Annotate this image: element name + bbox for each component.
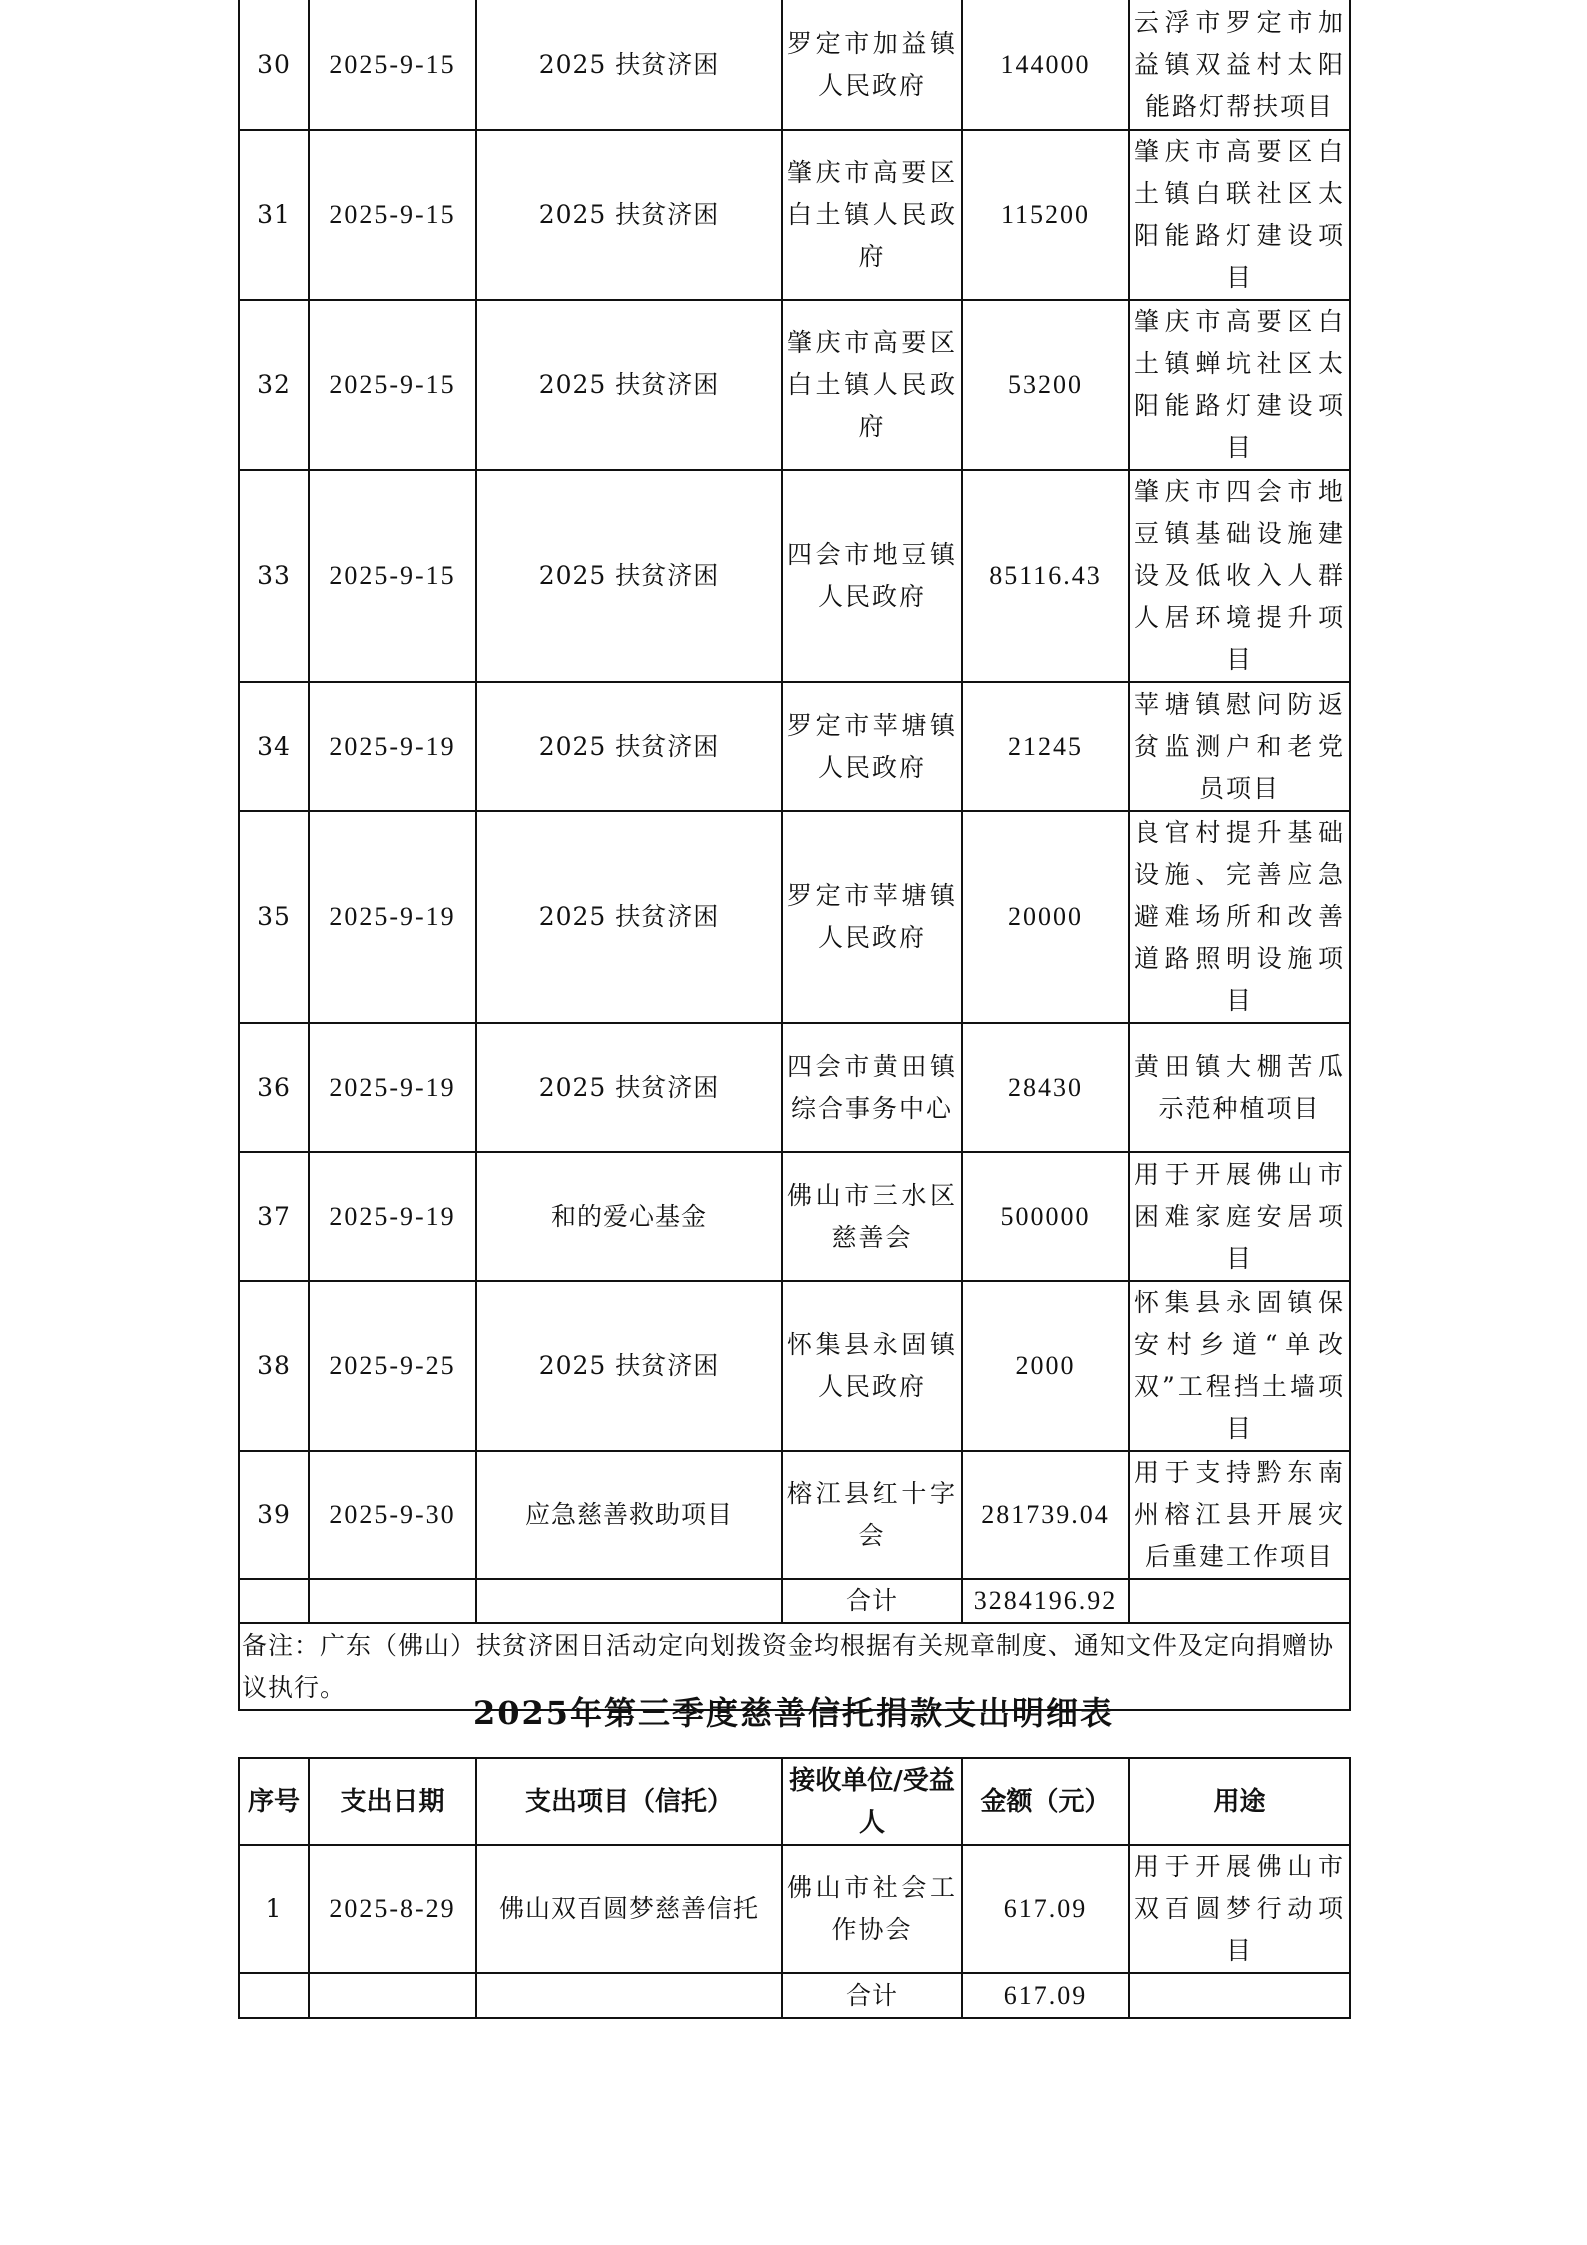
row-purpose: 肇庆市四会市地豆镇基础设施建设及低收入人群人居环境提升项目: [1129, 470, 1350, 682]
table-row: 36 2025-9-19 2025 扶贫济困 四会市黄田镇综合事务中心 2843…: [239, 1023, 1350, 1152]
table-row: 35 2025-9-19 2025 扶贫济困 罗定市苹塘镇人民政府 20000 …: [239, 811, 1350, 1023]
row-amount: 21245: [962, 682, 1129, 811]
row-no: 30: [239, 0, 309, 130]
header-amount: 金额（元）: [962, 1758, 1129, 1845]
table-row: 33 2025-9-15 2025 扶贫济困 四会市地豆镇人民政府 85116.…: [239, 470, 1350, 682]
row-purpose: 苹塘镇慰问防返贫监测户和老党员项目: [1129, 682, 1350, 811]
row-project: 2025 扶贫济困: [476, 1281, 782, 1451]
table-row: 37 2025-9-19 和的爱心基金 佛山市三水区慈善会 500000 用于开…: [239, 1152, 1350, 1281]
row-recipient: 怀集县永固镇人民政府: [782, 1281, 962, 1451]
row-date: 2025-9-15: [309, 470, 476, 682]
table-row: 34 2025-9-19 2025 扶贫济困 罗定市苹塘镇人民政府 21245 …: [239, 682, 1350, 811]
row-date: 2025-9-15: [309, 300, 476, 470]
table-row: 38 2025-9-25 2025 扶贫济困 怀集县永固镇人民政府 2000 怀…: [239, 1281, 1350, 1451]
row-purpose: 良官村提升基础设施、完善应急避难场所和改善道路照明设施项目: [1129, 811, 1350, 1023]
row-amount: 20000: [962, 811, 1129, 1023]
row-project: 2025 扶贫济困: [476, 1023, 782, 1152]
row-purpose: 云浮市罗定市加益镇双益村太阳能路灯帮扶项目: [1129, 0, 1350, 130]
row-no: 39: [239, 1451, 309, 1579]
row-recipient: 四会市地豆镇人民政府: [782, 470, 962, 682]
row-project: 2025 扶贫济困: [476, 682, 782, 811]
header-date: 支出日期: [309, 1758, 476, 1845]
header-recipient: 接收单位/受益人: [782, 1758, 962, 1845]
row-no: 37: [239, 1152, 309, 1281]
trust-table-title: 2025年第三季度慈善信托捐款支出明细表: [238, 1688, 1349, 1734]
row-amount: 85116.43: [962, 470, 1129, 682]
row-amount: 617.09: [962, 1845, 1129, 1973]
row-purpose: 用于开展佛山市双百圆梦行动项目: [1129, 1845, 1350, 1973]
total-row: 合计 3284196.92: [239, 1579, 1350, 1623]
row-project: 2025 扶贫济困: [476, 0, 782, 130]
total-amount: 617.09: [962, 1973, 1129, 2018]
header-project: 支出项目（信托）: [476, 1758, 782, 1845]
table-row: 30 2025-9-15 2025 扶贫济困 罗定市加益镇人民政府 144000…: [239, 0, 1350, 130]
row-project: 2025 扶贫济困: [476, 300, 782, 470]
row-no: 1: [239, 1845, 309, 1973]
row-date: 2025-9-15: [309, 130, 476, 300]
row-project: 2025 扶贫济困: [476, 811, 782, 1023]
header-row: 序号 支出日期 支出项目（信托） 接收单位/受益人 金额（元） 用途: [239, 1758, 1350, 1845]
row-project: 佛山双百圆梦慈善信托: [476, 1845, 782, 1973]
row-recipient: 肇庆市高要区白土镇人民政府: [782, 130, 962, 300]
row-no: 35: [239, 811, 309, 1023]
row-purpose: 肇庆市高要区白土镇白联社区太阳能路灯建设项目: [1129, 130, 1350, 300]
row-no: 31: [239, 130, 309, 300]
row-recipient: 四会市黄田镇综合事务中心: [782, 1023, 962, 1152]
row-amount: 2000: [962, 1281, 1129, 1451]
row-date: 2025-9-25: [309, 1281, 476, 1451]
table-row: 31 2025-9-15 2025 扶贫济困 肇庆市高要区白土镇人民政府 115…: [239, 130, 1350, 300]
row-no: 34: [239, 682, 309, 811]
row-recipient: 肇庆市高要区白土镇人民政府: [782, 300, 962, 470]
row-date: 2025-8-29: [309, 1845, 476, 1973]
row-amount: 500000: [962, 1152, 1129, 1281]
row-project: 和的爱心基金: [476, 1152, 782, 1281]
table-row: 1 2025-8-29 佛山双百圆梦慈善信托 佛山市社会工作协会 617.09 …: [239, 1845, 1350, 1973]
row-date: 2025-9-19: [309, 1152, 476, 1281]
total-row: 合计 617.09: [239, 1973, 1350, 2018]
row-purpose: 黄田镇大棚苦瓜示范种植项目: [1129, 1023, 1350, 1152]
row-amount: 53200: [962, 300, 1129, 470]
row-date: 2025-9-19: [309, 811, 476, 1023]
total-label: 合计: [782, 1579, 962, 1623]
row-purpose: 用于支持黔东南州榕江县开展灾后重建工作项目: [1129, 1451, 1350, 1579]
row-project: 2025 扶贫济困: [476, 130, 782, 300]
row-no: 36: [239, 1023, 309, 1152]
row-project: 2025 扶贫济困: [476, 470, 782, 682]
row-date: 2025-9-30: [309, 1451, 476, 1579]
row-date: 2025-9-15: [309, 0, 476, 130]
row-recipient: 佛山市社会工作协会: [782, 1845, 962, 1973]
row-no: 33: [239, 470, 309, 682]
row-no: 32: [239, 300, 309, 470]
header-no: 序号: [239, 1758, 309, 1845]
total-amount: 3284196.92: [962, 1579, 1129, 1623]
row-amount: 28430: [962, 1023, 1129, 1152]
row-recipient: 佛山市三水区慈善会: [782, 1152, 962, 1281]
total-label: 合计: [782, 1973, 962, 2018]
row-date: 2025-9-19: [309, 682, 476, 811]
header-purpose: 用途: [1129, 1758, 1350, 1845]
row-amount: 115200: [962, 130, 1129, 300]
row-recipient: 罗定市苹塘镇人民政府: [782, 811, 962, 1023]
trust-expenditure-table: 序号 支出日期 支出项目（信托） 接收单位/受益人 金额（元） 用途 1 202…: [238, 1757, 1351, 2019]
row-purpose: 肇庆市高要区白土镇蝉坑社区太阳能路灯建设项目: [1129, 300, 1350, 470]
row-no: 38: [239, 1281, 309, 1451]
row-date: 2025-9-19: [309, 1023, 476, 1152]
row-amount: 281739.04: [962, 1451, 1129, 1579]
table-row: 32 2025-9-15 2025 扶贫济困 肇庆市高要区白土镇人民政府 532…: [239, 300, 1350, 470]
row-recipient: 罗定市苹塘镇人民政府: [782, 682, 962, 811]
row-purpose: 怀集县永固镇保安村乡道“单改双”工程挡土墙项目: [1129, 1281, 1350, 1451]
row-recipient: 榕江县红十字会: [782, 1451, 962, 1579]
donation-expenditure-table: 30 2025-9-15 2025 扶贫济困 罗定市加益镇人民政府 144000…: [238, 0, 1351, 1711]
row-purpose: 用于开展佛山市困难家庭安居项目: [1129, 1152, 1350, 1281]
table-row: 39 2025-9-30 应急慈善救助项目 榕江县红十字会 281739.04 …: [239, 1451, 1350, 1579]
row-amount: 144000: [962, 0, 1129, 130]
row-recipient: 罗定市加益镇人民政府: [782, 0, 962, 130]
row-project: 应急慈善救助项目: [476, 1451, 782, 1579]
